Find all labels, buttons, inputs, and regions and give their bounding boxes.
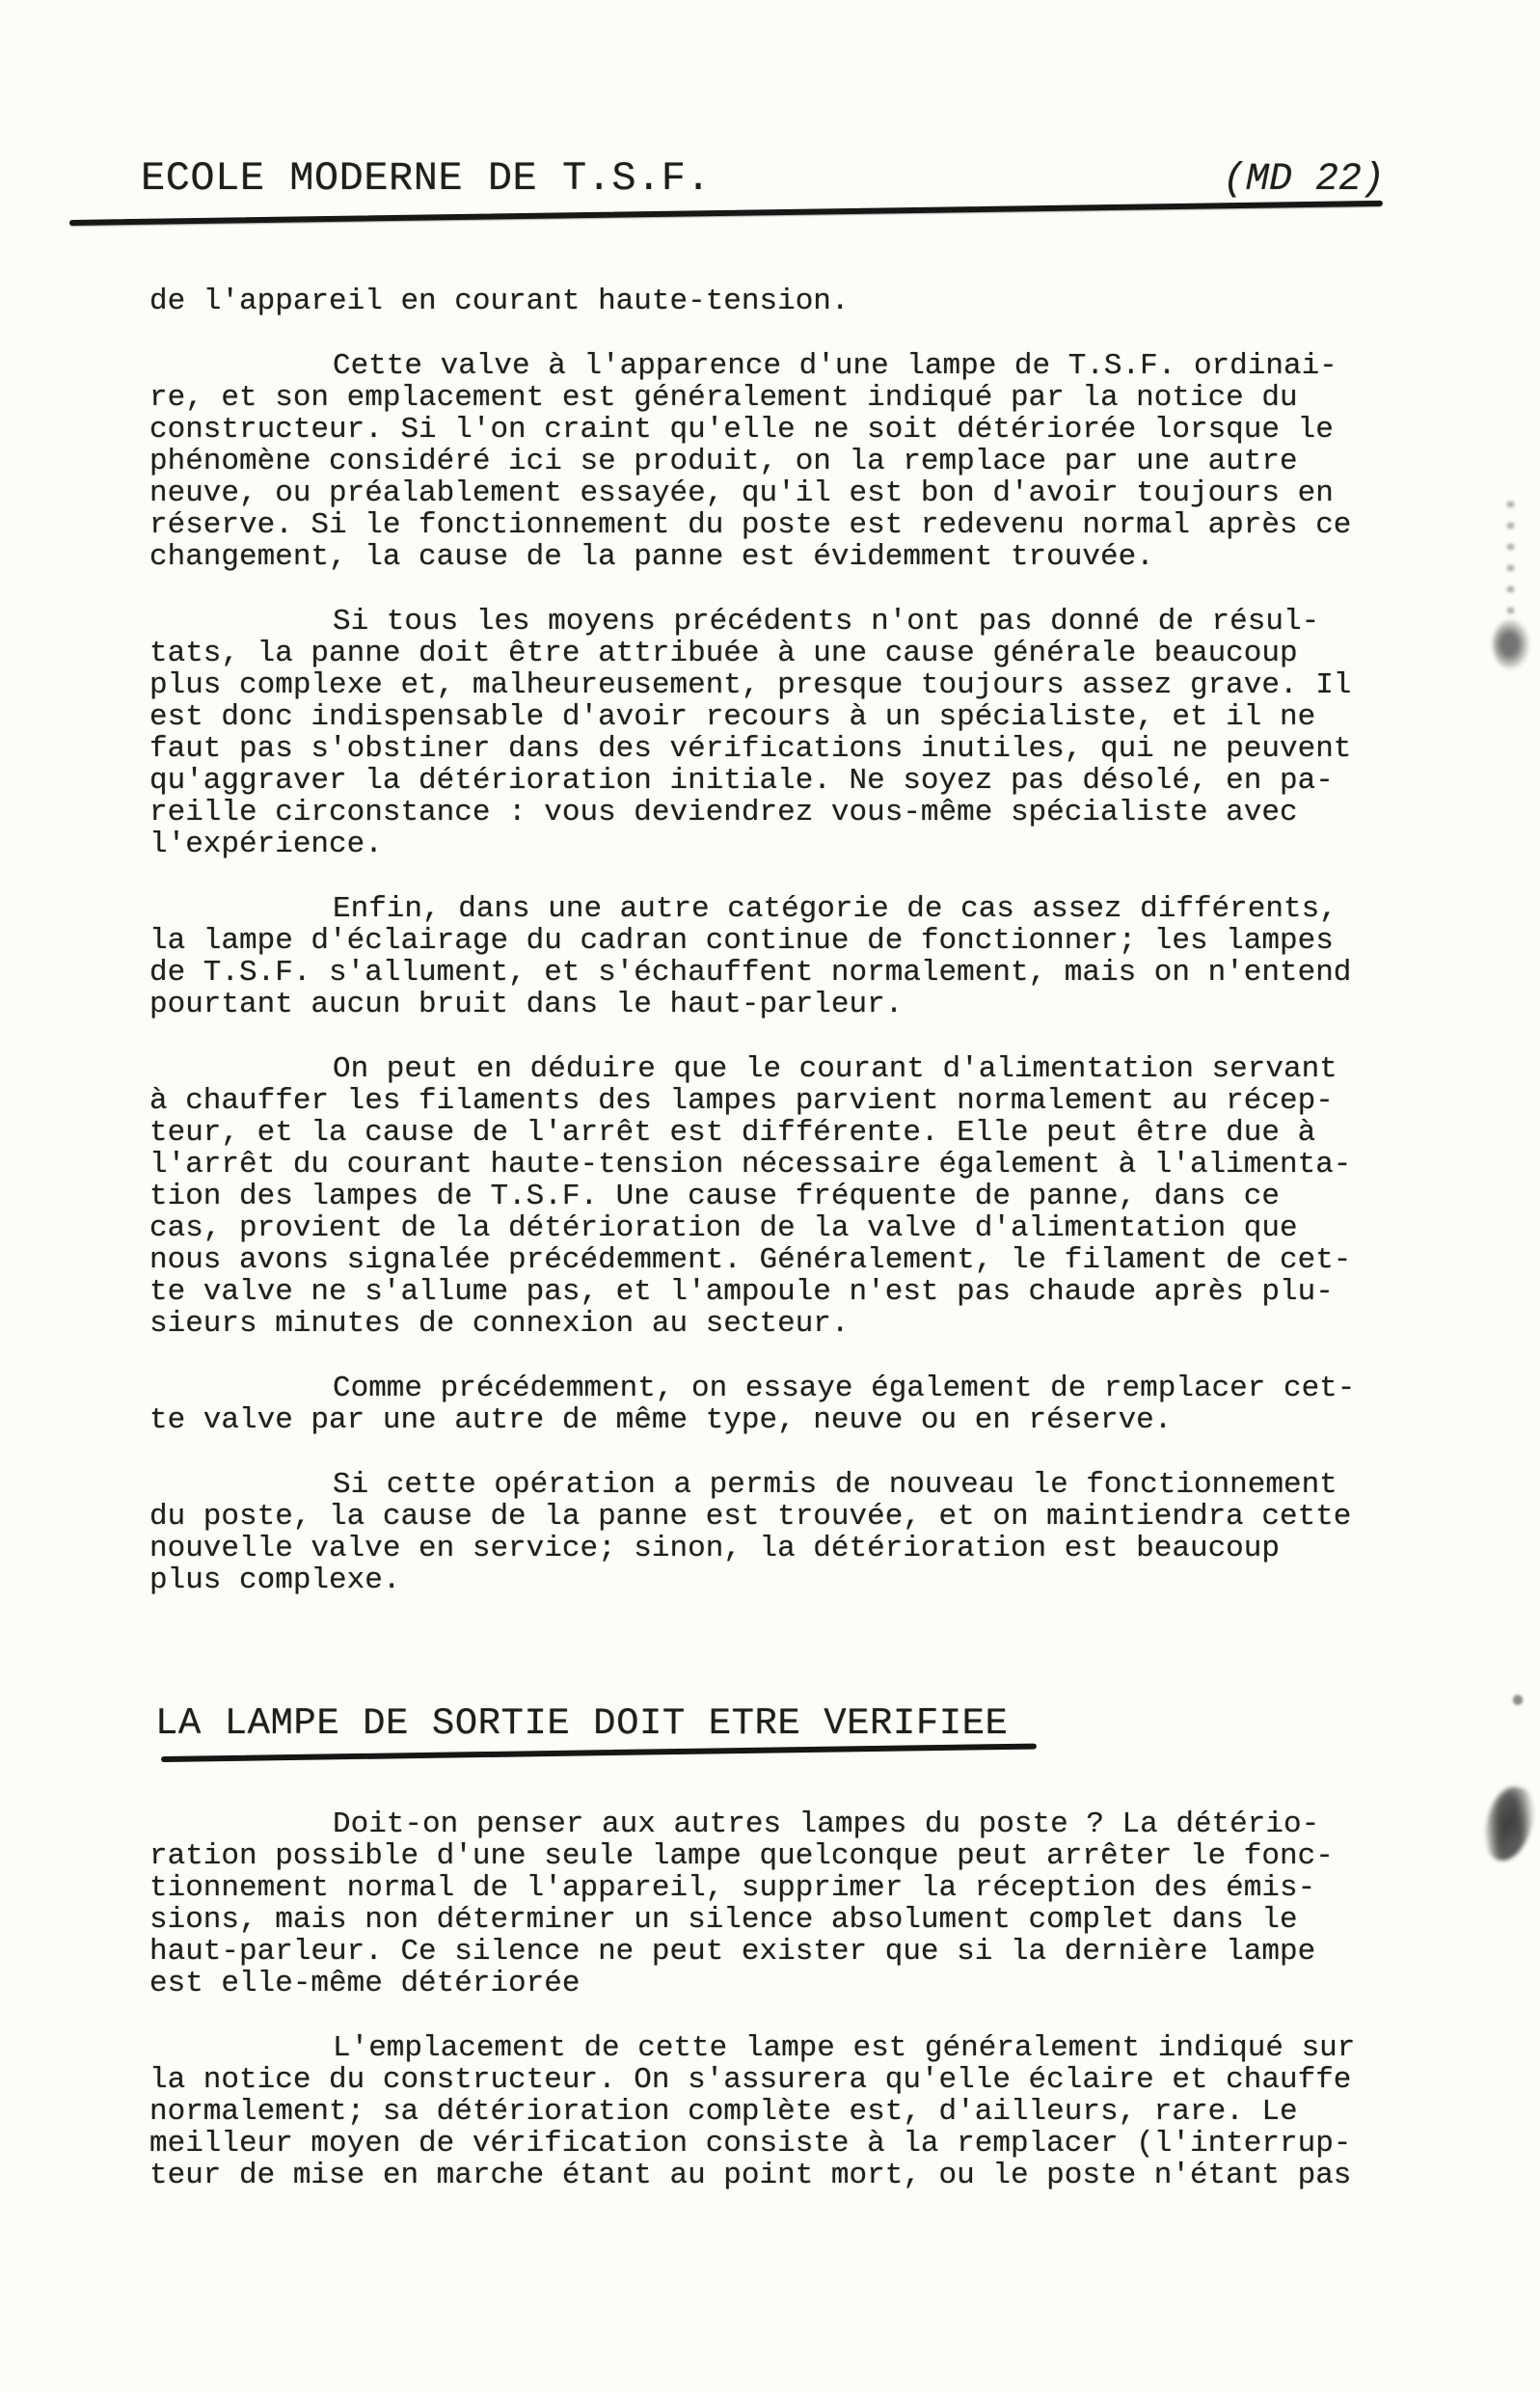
text-line: normalement; sa détérioration complète e… [149,2096,1398,2128]
text-line: pourtant aucun bruit dans le haut-parleu… [149,989,1398,1020]
text-line: de T.S.F. s'allument, et s'échauffent no… [149,957,1398,989]
text-line: meilleur moyen de vérification consiste … [149,2128,1398,2160]
paragraph: Si cette opération a permis de nouveau l… [149,1469,1398,1596]
document-body: de l'appareil en courant haute-tension.C… [149,285,1398,2191]
text-line: à chauffer les filaments des lampes parv… [149,1085,1398,1117]
text-line: Doit-on penser aux autres lampes du post… [149,1808,1398,1840]
text-line: nouvelle valve en service; sinon, la dét… [149,1533,1398,1564]
text-line: plus complexe. [149,1564,1398,1596]
text-line: L'emplacement de cette lampe est général… [149,2032,1398,2064]
text-line: On peut en déduire que le courant d'alim… [149,1053,1398,1085]
text-line: qu'aggraver la détérioration initiale. N… [149,765,1398,797]
paragraph: de l'appareil en courant haute-tension. [149,285,1398,317]
paragraph: Si tous les moyens précédents n'ont pas … [149,606,1398,860]
text-line: constructeur. Si l'on craint qu'elle ne … [149,414,1398,446]
text-line: re, et son emplacement est généralement … [149,382,1398,414]
text-line: teur, et la cause de l'arrêt est différe… [149,1117,1398,1149]
scan-smudge [1507,502,1514,622]
text-line: te valve ne s'allume pas, et l'ampoule n… [149,1276,1398,1308]
document-title: ECOLE MODERNE DE T.S.F. [141,156,711,201]
text-line: tats, la panne doit être attribuée à une… [149,638,1398,669]
text-line: cas, provient de la détérioration de la … [149,1212,1398,1244]
text-line: est donc indispensable d'avoir recours à… [149,701,1398,733]
paragraph: Comme précédemment, on essaye également … [149,1373,1398,1436]
text-line: tion des lampes de T.S.F. Une cause fréq… [149,1181,1398,1212]
paragraph: Cette valve à l'apparence d'une lampe de… [149,350,1398,573]
text-line: sieurs minutes de connexion au secteur. [149,1308,1398,1340]
text-line: changement, la cause de la panne est évi… [149,541,1398,573]
text-line: plus complexe et, malheureusement, presq… [149,669,1398,701]
text-line: l'arrêt du courant haute-tension nécessa… [149,1149,1398,1181]
text-line: l'expérience. [149,829,1398,860]
text-line: teur de mise en marche étant au point mo… [149,2160,1398,2191]
text-line: Comme précédemment, on essaye également … [149,1373,1398,1404]
text-line: phénomène considéré ici se produit, on l… [149,446,1398,477]
scan-smudge [1493,619,1529,669]
text-line: nous avons signalée précédemment. Généra… [149,1244,1398,1276]
text-line: de l'appareil en courant haute-tension. [149,285,1398,317]
scan-smudge [1512,1694,1524,1706]
text-line: faut pas s'obstiner dans des vérificatio… [149,733,1398,765]
section-heading: LA LAMPE DE SORTIE DOIT ETRE VERIFIEE [149,1702,1398,1762]
scan-smudge [1479,1782,1538,1865]
text-line: Cette valve à l'apparence d'une lampe de… [149,350,1398,382]
text-line: ration possible d'une seule lampe quelco… [149,1840,1398,1872]
page-header: ECOLE MODERNE DE T.S.F. (MD 22) [141,156,1385,203]
header-rule [69,201,1383,226]
paragraph: L'emplacement de cette lampe est général… [149,2032,1398,2191]
text-line: reille circonstance : vous deviendrez vo… [149,797,1398,829]
text-line: du poste, la cause de la panne est trouv… [149,1501,1398,1533]
paragraph: Enfin, dans une autre catégorie de cas a… [149,893,1398,1020]
heading-underline [161,1744,1037,1762]
text-line: Enfin, dans une autre catégorie de cas a… [149,893,1398,925]
paragraph: On peut en déduire que le courant d'alim… [149,1053,1398,1340]
scanned-document-page: ECOLE MODERNE DE T.S.F. (MD 22) de l'app… [0,0,1540,2392]
text-line: tionnement normal de l'appareil, supprim… [149,1872,1398,1904]
text-line: sions, mais non déterminer un silence ab… [149,1904,1398,1936]
text-line: réserve. Si le fonctionnement du poste e… [149,509,1398,541]
text-line: neuve, ou préalablement essayée, qu'il e… [149,477,1398,509]
text-line: Si cette opération a permis de nouveau l… [149,1469,1398,1501]
text-line: te valve par une autre de même type, neu… [149,1404,1398,1436]
text-line: Si tous les moyens précédents n'ont pas … [149,606,1398,638]
paragraph: Doit-on penser aux autres lampes du post… [149,1808,1398,1999]
text-line: est elle-même détériorée [149,1968,1398,1999]
section-heading-text: LA LAMPE DE SORTIE DOIT ETRE VERIFIEE [155,1702,1398,1745]
text-line: la notice du constructeur. On s'assurera… [149,2064,1398,2096]
document-ref: (MD 22) [1223,158,1385,203]
text-line: la lampe d'éclairage du cadran continue … [149,925,1398,957]
text-line: haut-parleur. Ce silence ne peut exister… [149,1936,1398,1968]
